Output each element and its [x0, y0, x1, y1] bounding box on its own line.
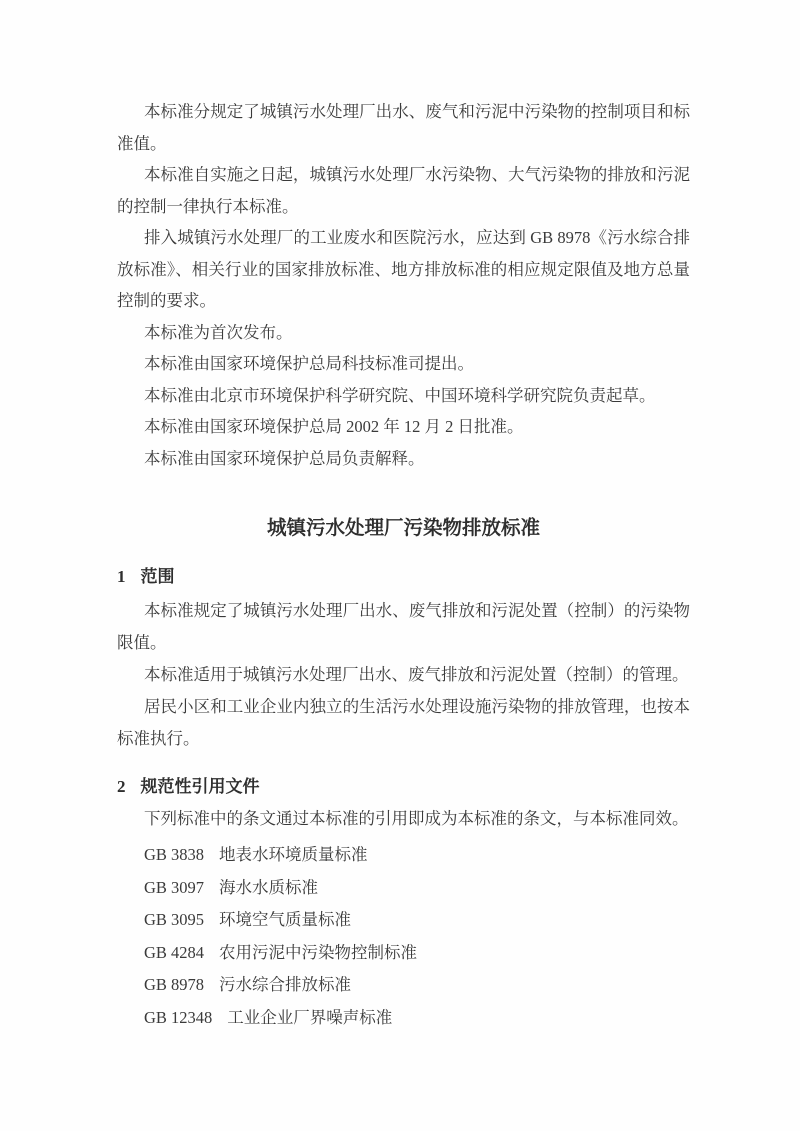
section-1-label: 范围 [141, 567, 175, 586]
foreword-paragraph-8: 本标准由国家环境保护总局负责解释。 [117, 443, 690, 475]
reference-name: 农用污泥中污染物控制标准 [219, 943, 417, 962]
section-1-number: 1 [117, 567, 126, 586]
foreword-paragraph-4: 本标准为首次发布。 [117, 317, 690, 349]
foreword-paragraph-2: 本标准自实施之日起，城镇污水处理厂水污染物、大气污染物的排放和污泥的控制一律执行… [117, 159, 690, 222]
reference-item: GB 4284农用污泥中污染物控制标准 [144, 937, 690, 970]
reference-item: GB 8978污水综合排放标准 [144, 969, 690, 1002]
section-2-paragraph-1: 下列标准中的条文通过本标准的引用即成为本标准的条文，与本标准同效。 [117, 803, 690, 835]
foreword-section: 本标准分规定了城镇污水处理厂出水、废气和污泥中污染物的控制项目和标准值。 本标准… [117, 96, 690, 474]
reference-code: GB 12348 [144, 1008, 212, 1027]
reference-name: 工业企业厂界噪声标准 [227, 1008, 392, 1027]
section-2-heading: 2规范性引用文件 [117, 771, 690, 803]
section-1-heading: 1范围 [117, 561, 690, 593]
reference-item: GB 3095环境空气质量标准 [144, 904, 690, 937]
section-2-number: 2 [117, 777, 126, 796]
page-content: 本标准分规定了城镇污水处理厂出水、废气和污泥中污染物的控制项目和标准值。 本标准… [117, 96, 690, 1034]
reference-item: GB 3097海水水质标准 [144, 872, 690, 905]
section-1-body: 本标准规定了城镇污水处理厂出水、废气排放和污泥处置（控制）的污染物限值。 本标准… [117, 595, 690, 755]
reference-code: GB 8978 [144, 975, 204, 994]
reference-name: 海水水质标准 [219, 878, 318, 897]
reference-item: GB 12348工业企业厂界噪声标准 [144, 1002, 690, 1035]
section-2-body: 下列标准中的条文通过本标准的引用即成为本标准的条文，与本标准同效。 [117, 803, 690, 835]
reference-name: 污水综合排放标准 [219, 975, 351, 994]
foreword-paragraph-7: 本标准由国家环境保护总局 2002 年 12 月 2 日批准。 [117, 411, 690, 443]
reference-code: GB 3095 [144, 910, 204, 929]
foreword-paragraph-5: 本标准由国家环境保护总局科技标准司提出。 [117, 348, 690, 380]
reference-name: 地表水环境质量标准 [219, 845, 368, 864]
document-title: 城镇污水处理厂污染物排放标准 [117, 512, 690, 545]
section-1-paragraph-3: 居民小区和工业企业内独立的生活污水处理设施污染物的排放管理，也按本标准执行。 [117, 691, 690, 755]
reference-item: GB 3838地表水环境质量标准 [144, 839, 690, 872]
section-2-label: 规范性引用文件 [141, 777, 260, 796]
reference-code: GB 3097 [144, 878, 204, 897]
foreword-paragraph-1: 本标准分规定了城镇污水处理厂出水、废气和污泥中污染物的控制项目和标准值。 [117, 96, 690, 159]
reference-code: GB 3838 [144, 845, 204, 864]
reference-code: GB 4284 [144, 943, 204, 962]
section-1-paragraph-1: 本标准规定了城镇污水处理厂出水、废气排放和污泥处置（控制）的污染物限值。 [117, 595, 690, 659]
foreword-paragraph-6: 本标准由北京市环境保护科学研究院、中国环境科学研究院负责起草。 [117, 380, 690, 412]
reference-name: 环境空气质量标准 [219, 910, 351, 929]
document-page: 本标准分规定了城镇污水处理厂出水、废气和污泥中污染物的控制项目和标准值。 本标准… [0, 0, 800, 1131]
reference-standards-list: GB 3838地表水环境质量标准 GB 3097海水水质标准 GB 3095环境… [117, 839, 690, 1034]
section-1-paragraph-2: 本标准适用于城镇污水处理厂出水、废气排放和污泥处置（控制）的管理。 [117, 659, 690, 691]
foreword-paragraph-3: 排入城镇污水处理厂的工业废水和医院污水，应达到 GB 8978《污水综合排放标准… [117, 222, 690, 317]
